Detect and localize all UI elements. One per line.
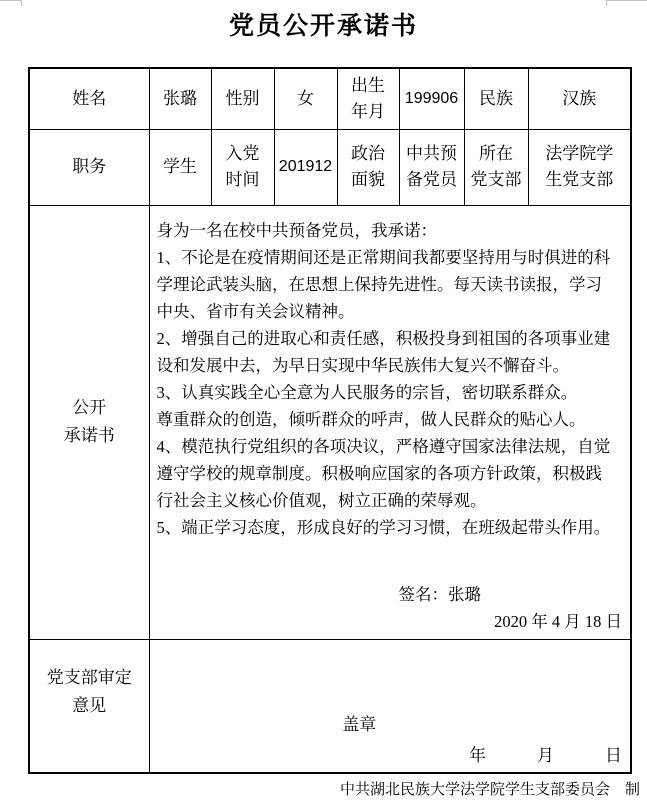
commitment-line: 身为一名在校中共预备党员，我承诺： bbox=[157, 217, 623, 244]
commitment-line: 设和发展中去，为早日实现中华民族伟大复兴不懈奋斗。 bbox=[157, 352, 623, 379]
commitment-body-cell: 身为一名在校中共预备党员，我承诺： 1、不论是在疫情期间还是正常期间我都要坚持用… bbox=[149, 205, 631, 639]
field-value-gender: 女 bbox=[274, 68, 337, 129]
commitment-form-table: 姓名 张璐 性别 女 出生 年月 199906 民族 汉族 职务 学生 入党 时… bbox=[28, 67, 632, 774]
page-title: 党员公开承诺书 bbox=[0, 6, 647, 42]
field-value-position: 学生 bbox=[149, 129, 211, 205]
document-page: 党员公开承诺书 姓名 张璐 性别 女 出生 年月 199906 民族 汉族 职务… bbox=[0, 0, 647, 806]
field-value-party-branch: 法学院学 生党支部 bbox=[528, 129, 631, 205]
field-value-join-time: 201912 bbox=[274, 129, 337, 205]
info-row-1: 姓名 张璐 性别 女 出生 年月 199906 民族 汉族 bbox=[29, 68, 631, 129]
commitment-line: 3、认真实践全心全意为人民服务的宗旨，密切联系群众。 bbox=[157, 379, 623, 406]
review-label: 党支部审定 意见 bbox=[29, 639, 149, 773]
field-label-political-status: 政治 面貌 bbox=[337, 129, 399, 205]
field-value-birthdate: 199906 bbox=[399, 68, 464, 129]
commitment-line: 行社会主义核心价值观，树立正确的荣辱观。 bbox=[157, 487, 623, 514]
commitment-line: 尊重群众的创造，倾听群众的呼声，做人民群众的贴心人。 bbox=[157, 406, 623, 433]
commitment-line: 学理论武装头脑，在思想上保持先进性。每天读书读报，学习 bbox=[157, 271, 623, 298]
field-label-ethnicity: 民族 bbox=[464, 68, 528, 129]
field-value-ethnicity: 汉族 bbox=[528, 68, 631, 129]
seal-label: 盖章 bbox=[157, 714, 623, 736]
field-value-political-status: 中共预 备党员 bbox=[399, 129, 464, 205]
field-label-name: 姓名 bbox=[29, 68, 149, 129]
info-row-2: 职务 学生 入党 时间 201912 政治 面貌 中共预 备党员 所在 党支部 … bbox=[29, 129, 631, 205]
commitment-row: 公开 承诺书 身为一名在校中共预备党员，我承诺： 1、不论是在疫情期间还是正常期… bbox=[29, 205, 631, 639]
field-label-birthdate: 出生 年月 bbox=[337, 68, 399, 129]
commitment-line: 中央、省市有关会议精神。 bbox=[157, 298, 623, 325]
commitment-line: 4、模范执行党组织的各项决议，严格遵守国家法律法规，自觉 bbox=[157, 433, 623, 460]
field-label-gender: 性别 bbox=[211, 68, 274, 129]
field-label-party-branch: 所在 党支部 bbox=[464, 129, 528, 205]
signature-date: 2020 年 4 月 18 日 bbox=[157, 608, 623, 635]
commitment-line: 2、增强自己的进取心和责任感，积极投身到祖国的各项事业建 bbox=[157, 325, 623, 352]
commitment-line: 1、不论是在疫情期间还是正常期间我都要坚持用与时俱进的科 bbox=[157, 244, 623, 271]
commitment-line: 遵守学校的规章制度。积极响应国家的各项方针政策，积极践 bbox=[157, 460, 623, 487]
review-body-cell: 盖章 年 月 日 bbox=[149, 639, 631, 773]
field-label-position: 职务 bbox=[29, 129, 149, 205]
review-row: 党支部审定 意见 盖章 年 月 日 bbox=[29, 639, 631, 773]
commitment-line: 5、端正学习态度，形成良好的学习习惯，在班级起带头作用。 bbox=[157, 514, 623, 541]
review-date-blank: 年 月 日 bbox=[157, 745, 623, 767]
field-value-name: 张璐 bbox=[149, 68, 211, 129]
seal-text: 盖章 bbox=[342, 715, 376, 734]
footer-note: 中共湖北民族大学法学院学生支部委员会 制 bbox=[340, 781, 640, 799]
commitment-label: 公开 承诺书 bbox=[29, 205, 149, 639]
field-label-join-time: 入党 时间 bbox=[211, 129, 274, 205]
signature-line: 签名：张璐 bbox=[157, 581, 623, 608]
